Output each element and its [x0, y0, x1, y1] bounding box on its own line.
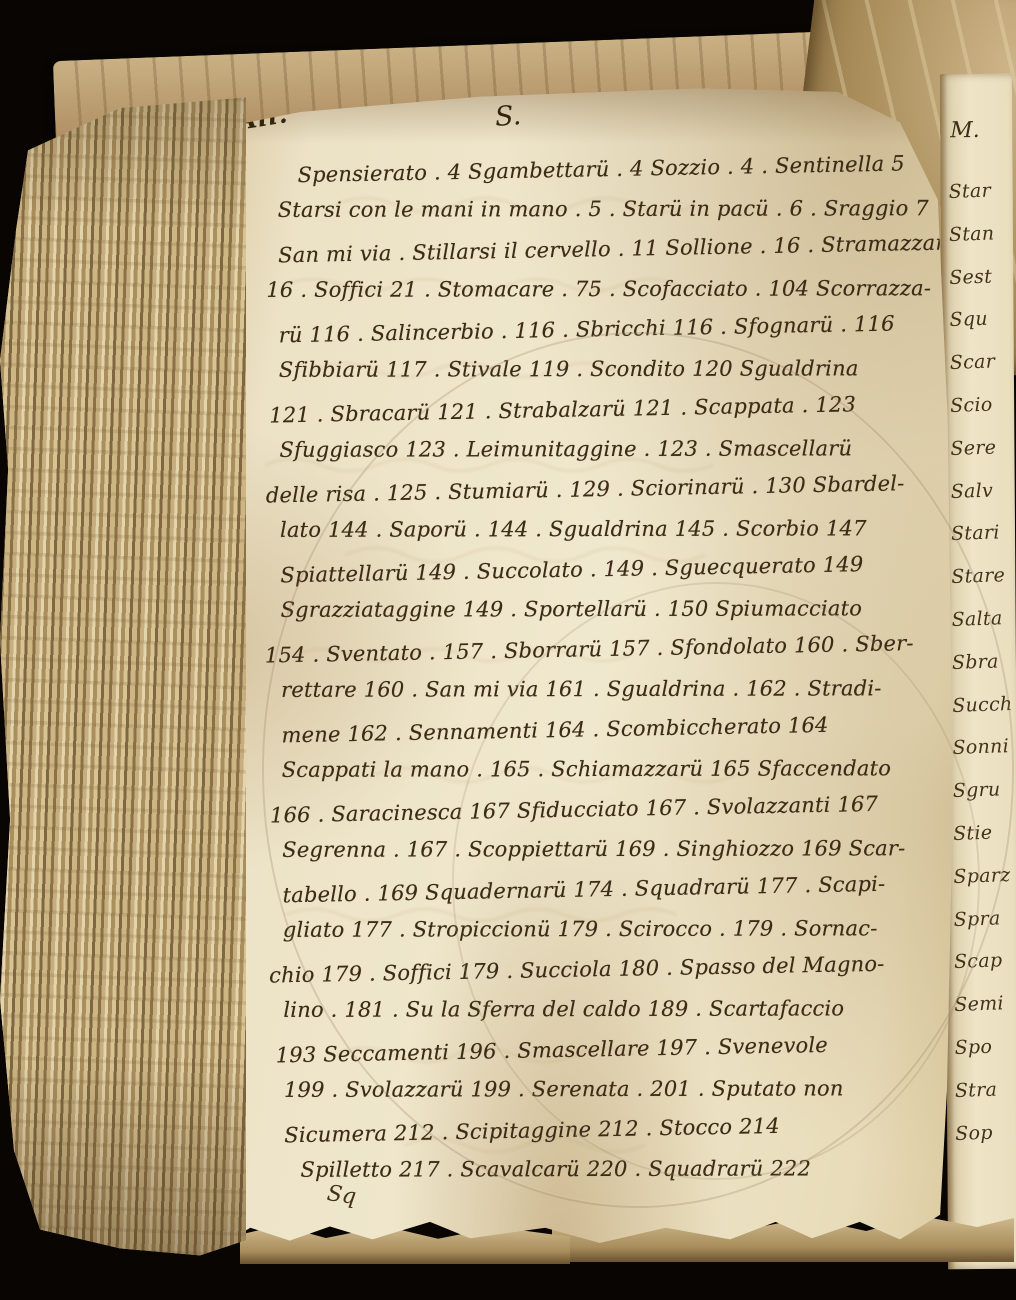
- catchword-flourish: Sq: [325, 1181, 357, 1210]
- next-page-fragment: Scap: [953, 939, 1015, 984]
- next-page-fragment: Succh: [952, 683, 1014, 728]
- manuscript-text: Spensierato . 4 Sgambettarü . 4 Sozzio .…: [277, 147, 944, 1192]
- next-page-fragment: Stra: [954, 1068, 1016, 1113]
- manuscript-page: All. S. Spensierato . 4 Sgambettarü . 4 …: [195, 85, 953, 1257]
- next-page-fragment: Star: [948, 169, 1010, 214]
- next-page-fragment: Stare: [951, 554, 1013, 599]
- next-page-fragment: Stie: [952, 811, 1014, 856]
- next-page-fragment: Sbra: [951, 640, 1013, 685]
- next-page-fragment: Semi: [954, 982, 1016, 1027]
- next-page-fragment: Spo: [954, 1025, 1016, 1070]
- next-page-fragment: Stari: [950, 511, 1012, 556]
- next-page-fragment: Sere: [950, 426, 1012, 471]
- next-page-label: M.: [950, 118, 980, 143]
- next-page-fragment: Salv: [950, 469, 1012, 514]
- deckled-page-stack: [0, 88, 246, 1266]
- next-page-fragment: Sgru: [952, 768, 1014, 813]
- next-page-fragment: Stan: [948, 212, 1010, 257]
- next-page-edge: M. Star Stan Sest Squ Scar Scio Sere Sal…: [940, 74, 1016, 1269]
- manuscript-line: Spensierato . 4 Sgambettarü . 4 Sozzio .…: [297, 143, 938, 195]
- next-page-fragment: Sop: [955, 1111, 1016, 1156]
- next-page-fragment: Squ: [949, 297, 1011, 342]
- next-page-fragment: Scar: [949, 340, 1011, 385]
- next-page-fragment: Scio: [949, 383, 1011, 428]
- next-page-fragment: Salta: [951, 597, 1013, 642]
- next-page-fragment: Sparz: [953, 854, 1015, 899]
- next-page-fragments: Star Stan Sest Squ Scar Scio Sere Salv S…: [948, 170, 1015, 1155]
- manuscript-line: Spilletto 217 . Scavalcarü 220 . Squadra…: [300, 1148, 944, 1190]
- next-page-fragment: Spra: [953, 897, 1015, 942]
- next-page-fragment: Sonni: [952, 725, 1014, 770]
- next-page-fragment: Sest: [949, 255, 1011, 300]
- section-header: S.: [494, 100, 522, 133]
- manuscript-photo: M. Star Stan Sest Squ Scar Scio Sere Sal…: [0, 0, 1016, 1300]
